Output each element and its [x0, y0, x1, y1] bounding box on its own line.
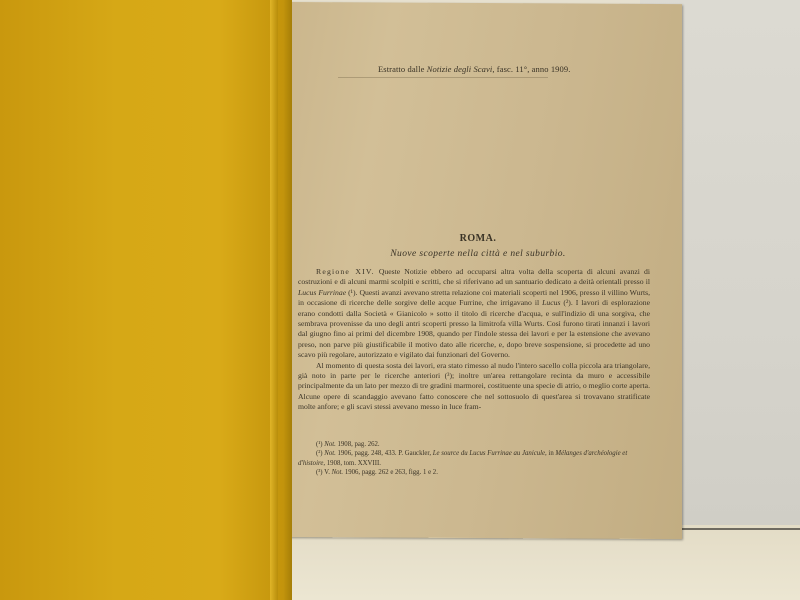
footnote-text: 1908, pag. 262. — [336, 441, 380, 448]
footnote-text: 1906, pagg. 248, 433. P. Gauckler, — [336, 450, 433, 457]
header-journal: Notizie degli Scavi — [427, 64, 493, 74]
italic-term: Lucus Furrinae — [298, 288, 346, 297]
header-suffix: , fasc. 11°, anno 1909. — [492, 64, 570, 74]
cover-spine-edge — [270, 0, 278, 600]
footnote-text: 1906, pagg. 262 e 263, figg. 1 e 2. — [343, 469, 438, 476]
document-text-area: Estratto dalle Notizie degli Scavi, fasc… — [298, 0, 658, 540]
paragraph-2: Al momento di questa sosta dei lavori, e… — [298, 361, 650, 413]
footnote-italic: Le source du Lucus Furrinae au Janicule — [433, 450, 545, 457]
footnote-text: V. — [324, 469, 331, 476]
footnote-mark: (¹) — [316, 441, 323, 448]
region-lead: Regione XIV. — [316, 267, 375, 276]
footnote-mark: (³) — [316, 469, 323, 476]
footnote-1: (¹) Not. 1908, pag. 262. — [298, 440, 650, 449]
footnote-mark: (²) — [316, 450, 323, 457]
yellow-cover — [0, 0, 292, 600]
section-subtitle: Nuove scoperte nella città e nel suburbi… — [298, 249, 658, 259]
footnote-text: , 1908, tom. XXVIII. — [323, 460, 381, 467]
italic-term: Lucus — [542, 298, 560, 307]
footnote-italic: Not. — [332, 469, 344, 476]
header-prefix: Estratto dalle — [378, 64, 424, 74]
paragraph-1: Regione XIV. Queste Notizie ebbero ad oc… — [298, 267, 650, 361]
body-text: Regione XIV. Queste Notizie ebbero ad oc… — [298, 267, 650, 413]
section-title: ROMA. — [298, 233, 658, 244]
footnote-italic: Not. — [324, 450, 336, 457]
footnote-text: , in — [545, 450, 555, 457]
header-rule — [338, 77, 548, 78]
footnotes: (¹) Not. 1908, pag. 262. (²) Not. 1906, … — [298, 440, 650, 477]
footnote-2: (²) Not. 1906, pagg. 248, 433. P. Gauckl… — [298, 449, 650, 468]
footnote-3: (³) V. Not. 1906, pagg. 262 e 263, figg.… — [298, 468, 650, 477]
paragraph-text: (²). I lavori di esplorazione erano cond… — [298, 298, 650, 359]
offprint-header: Estratto dalle Notizie degli Scavi, fasc… — [378, 64, 570, 74]
footnote-italic: Not. — [324, 441, 336, 448]
